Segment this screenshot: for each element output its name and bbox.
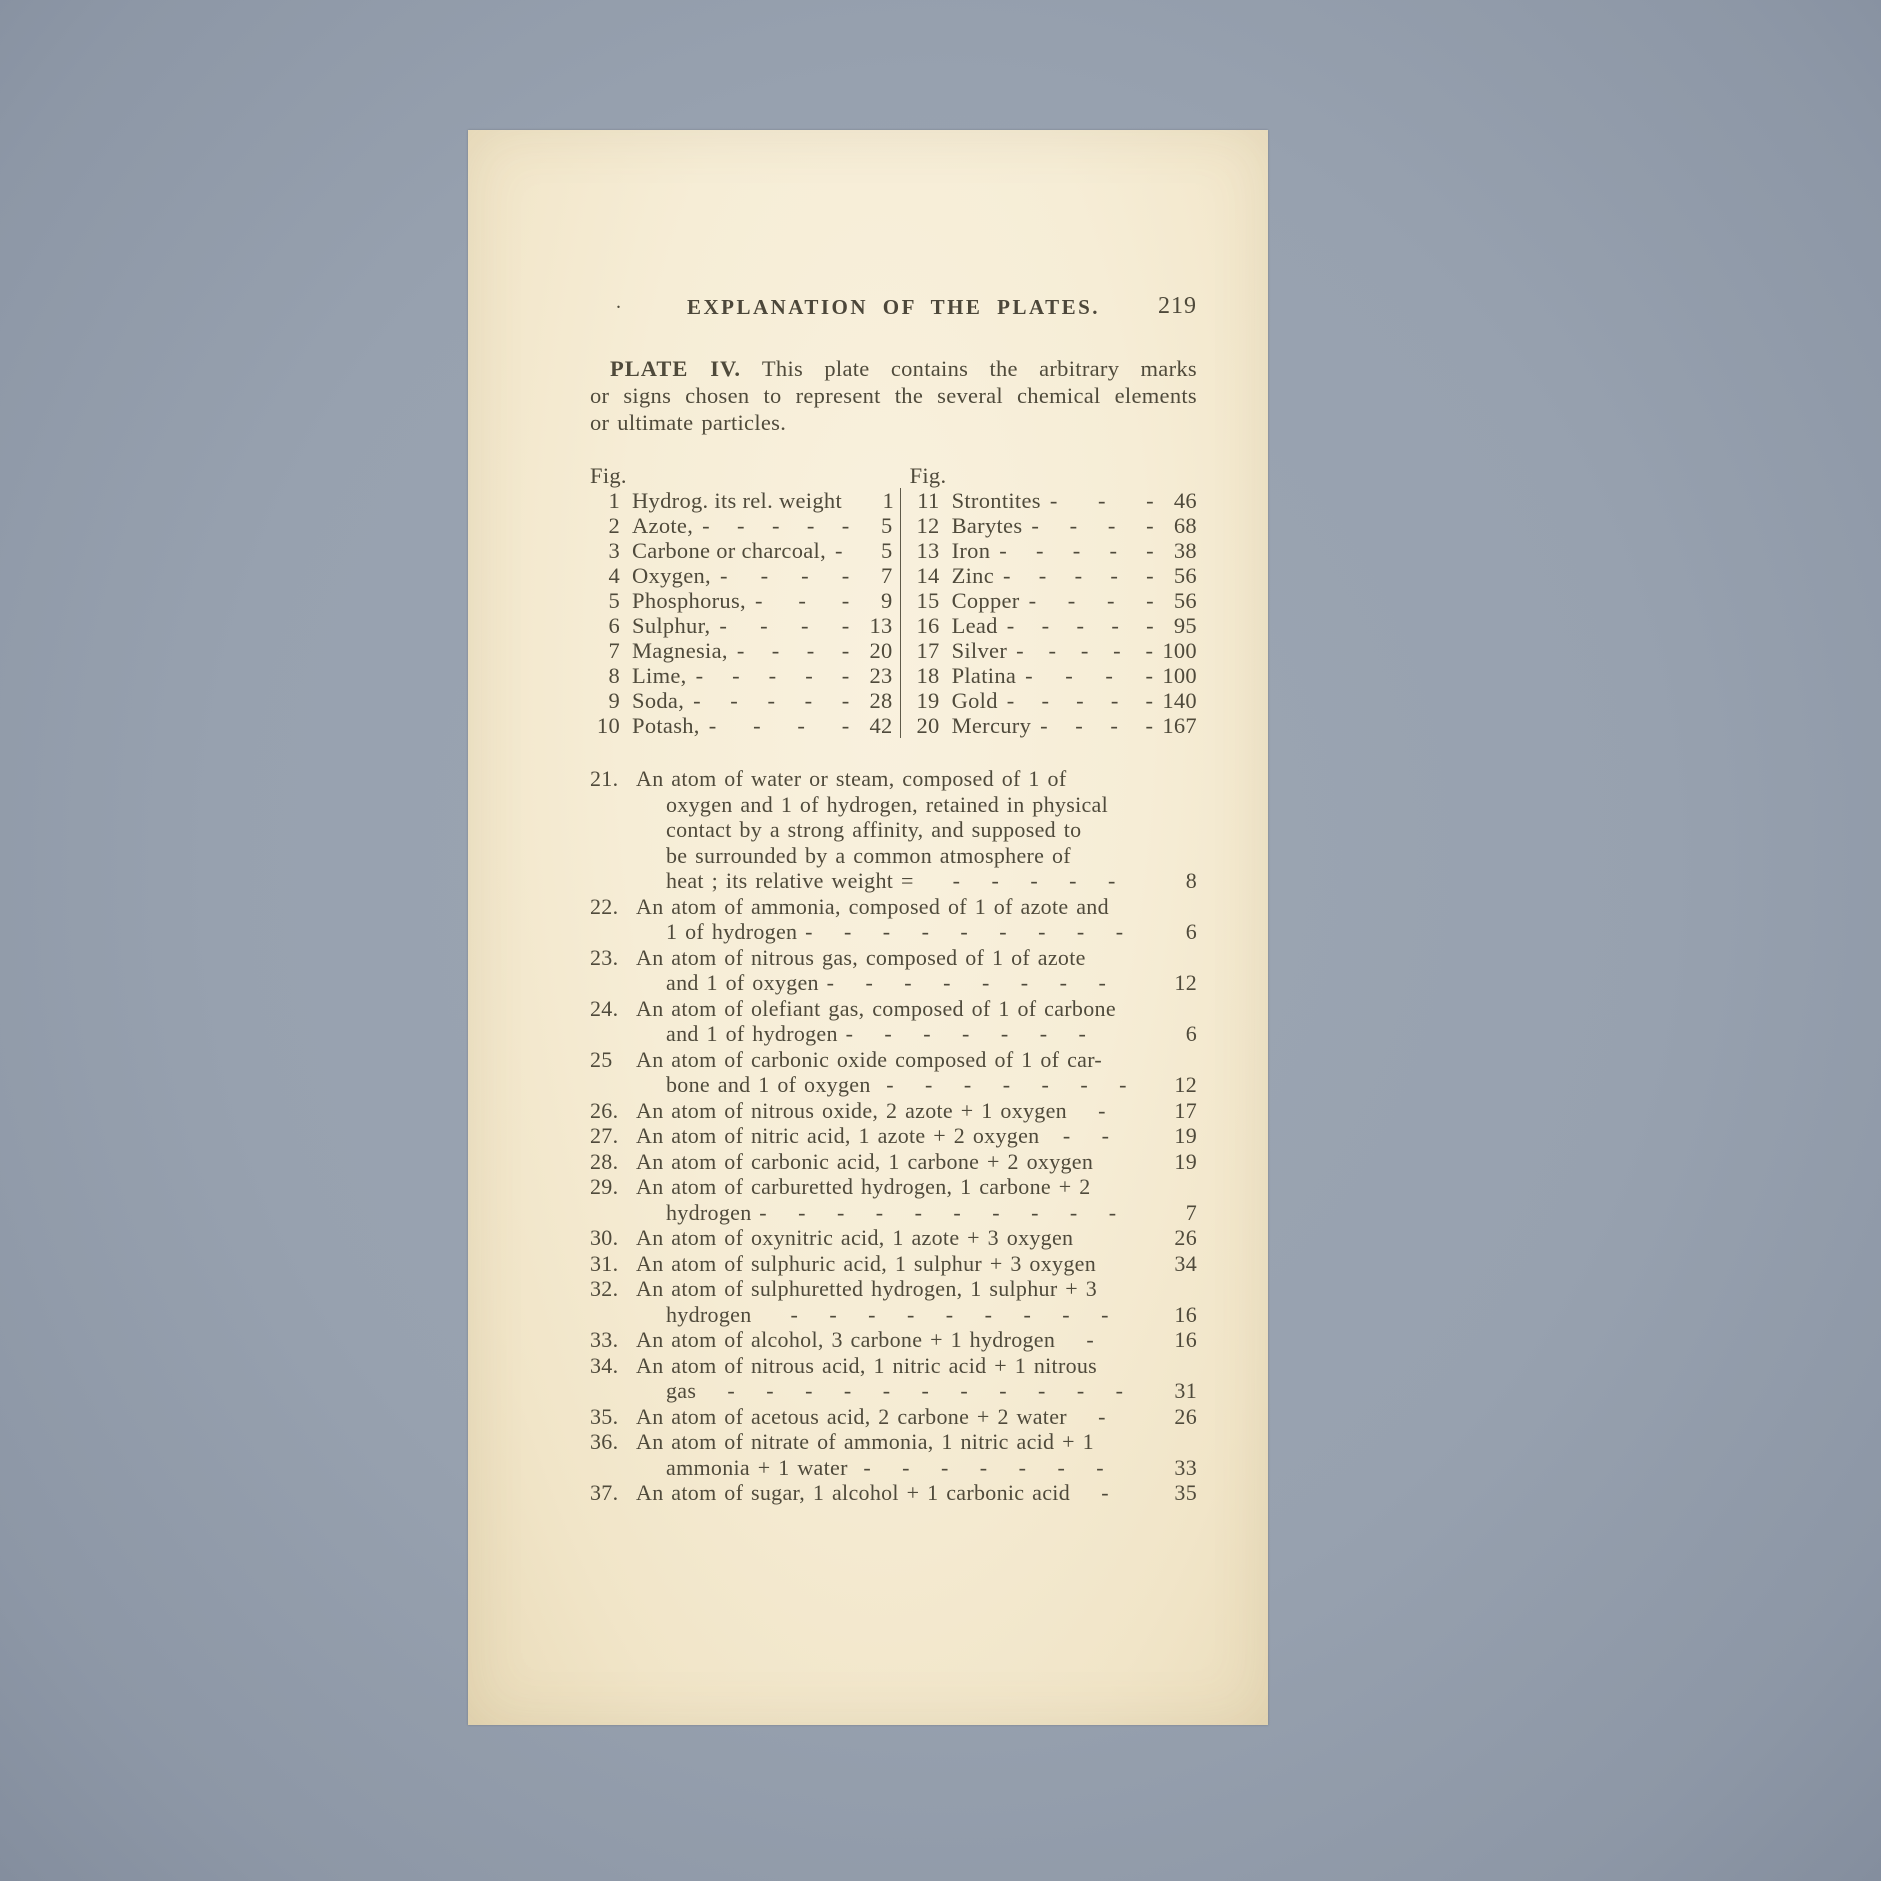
fig-label: Oxygen, [632, 563, 711, 588]
item-value: 6 [1153, 919, 1197, 945]
fig-number: 17 [910, 638, 940, 663]
list-item: 24. An atom of olefiant gas, composed of… [590, 996, 1197, 1047]
item-line: An atom of oxynitric acid, 1 azote + 3 o… [636, 1225, 1153, 1251]
item-text: An atom of nitric acid, 1 azote + 2 oxyg… [636, 1123, 1153, 1149]
item-text: An atom of acetous acid, 2 carbone + 2 w… [636, 1404, 1153, 1430]
fig-value: 28 [859, 688, 893, 713]
table-row: 11Strontites- - -46 [910, 488, 1197, 513]
fig-value: 20 [859, 638, 893, 663]
table-row: 7Magnesia,- - - -20 [590, 638, 893, 663]
item-line: gas - - - - - - - - - - - [636, 1378, 1153, 1404]
fig-value: 46 [1163, 488, 1197, 513]
dash-leader: - - - - - [1007, 613, 1154, 638]
item-value: 8 [1153, 868, 1197, 894]
item-line: An atom of nitrate of ammonia, 1 nitric … [636, 1429, 1153, 1455]
fig-value: 38 [1163, 538, 1197, 563]
table-row: 8Lime,- - - - -23 [590, 663, 893, 688]
fig-number: 11 [910, 488, 940, 513]
fig-label: Lead [952, 613, 998, 638]
fig-label: Copper [952, 588, 1020, 613]
fig-number: 3 [590, 538, 620, 563]
item-line: An atom of carbonic acid, 1 carbone + 2 … [636, 1149, 1153, 1175]
item-line: hydrogen - - - - - - - - - - [636, 1200, 1153, 1226]
table-row: 5Phosphorus,- - -9 [590, 588, 893, 613]
item-value: 31 [1153, 1378, 1197, 1404]
item-number: 37. [590, 1480, 636, 1506]
fig-number: 9 [590, 688, 620, 713]
item-text: An atom of carbonic acid, 1 carbone + 2 … [636, 1149, 1153, 1175]
dash-leader: - - - - - [693, 688, 849, 713]
item-text: An atom of carburetted hydrogen, 1 carbo… [636, 1174, 1153, 1225]
table-row: 1Hydrog. its rel. weight1 [590, 488, 893, 513]
table-row: 13Iron- - - - -38 [910, 538, 1197, 563]
table-row: 9Soda,- - - - -28 [590, 688, 893, 713]
list-item: 28. An atom of carbonic acid, 1 carbone … [590, 1149, 1197, 1175]
fig-value: 9 [859, 588, 893, 613]
dash-leader: - - - - [720, 563, 850, 588]
table-row: 15Copper- - - -56 [910, 588, 1197, 613]
item-number: 30. [590, 1225, 636, 1251]
item-line: An atom of olefiant gas, composed of 1 o… [636, 996, 1153, 1022]
fig-number: 13 [910, 538, 940, 563]
item-line: An atom of acetous acid, 2 carbone + 2 w… [636, 1404, 1153, 1430]
list-item: 34. An atom of nitrous acid, 1 nitric ac… [590, 1353, 1197, 1404]
fig-label: Zinc [952, 563, 994, 588]
dash-leader: - - - - [719, 613, 849, 638]
intro-line: or ultimate particles. [590, 409, 1197, 436]
item-number: 22. [590, 894, 636, 920]
item-text: An atom of nitrous oxide, 2 azote + 1 ox… [636, 1098, 1153, 1124]
fig-number: 1 [590, 488, 620, 513]
item-text: An atom of water or steam, composed of 1… [636, 766, 1153, 894]
table-row: 14Zinc- - - - -56 [910, 563, 1197, 588]
item-text: An atom of alcohol, 3 carbone + 1 hydrog… [636, 1327, 1153, 1353]
intro-line: PLATE IV. This plate contains the arbitr… [590, 355, 1197, 382]
item-number: 23. [590, 945, 636, 971]
table-row: 4Oxygen,- - - -7 [590, 563, 893, 588]
item-line: An atom of nitric acid, 1 azote + 2 oxyg… [636, 1123, 1153, 1149]
fig-number: 4 [590, 563, 620, 588]
fig-number: 19 [910, 688, 940, 713]
fig-value: 167 [1162, 713, 1197, 738]
item-text: An atom of nitrous acid, 1 nitric acid +… [636, 1353, 1153, 1404]
dash-leader: - - - - [1025, 663, 1153, 688]
fig-header-right: Fig. [900, 463, 1197, 488]
fig-table-right-column: 11Strontites- - -46 12Barytes- - - -68 1… [900, 488, 1197, 738]
dash-leader: - - - - - [696, 663, 850, 688]
item-value: 16 [1153, 1327, 1197, 1353]
item-line: be surrounded by a common atmosphere of [636, 843, 1153, 869]
item-number: 26. [590, 1098, 636, 1124]
item-line: heat ; its relative weight = - - - - - [636, 868, 1153, 894]
fig-value: 13 [859, 613, 893, 638]
fig-label: Platina [952, 663, 1017, 688]
list-item: 36. An atom of nitrate of ammonia, 1 nit… [590, 1429, 1197, 1480]
fig-number: 18 [910, 663, 940, 688]
item-line: An atom of water or steam, composed of 1… [636, 766, 1153, 792]
fig-label: Azote, [632, 513, 693, 538]
book-page: . EXPLANATION OF THE PLATES. 219 PLATE I… [468, 130, 1268, 1725]
item-line: oxygen and 1 of hydrogen, retained in ph… [636, 792, 1153, 818]
fig-value: 1 [860, 488, 894, 513]
item-number: 21. [590, 766, 636, 792]
item-line: An atom of ammonia, composed of 1 of azo… [636, 894, 1153, 920]
item-number: 36. [590, 1429, 636, 1455]
list-item: 35. An atom of acetous acid, 2 carbone +… [590, 1404, 1197, 1430]
list-item: 31. An atom of sulphuric acid, 1 sulphur… [590, 1251, 1197, 1277]
item-line: An atom of sugar, 1 alcohol + 1 carbonic… [636, 1480, 1153, 1506]
table-row: 17Silver- - - - -100 [910, 638, 1197, 663]
fig-label: Barytes [952, 513, 1023, 538]
fig-value: 23 [859, 663, 893, 688]
item-number: 35. [590, 1404, 636, 1430]
dash-leader: - - - - [737, 638, 850, 663]
item-line: and 1 of oxygen - - - - - - - - [636, 970, 1153, 996]
item-value: 26 [1153, 1225, 1197, 1251]
fig-value: 100 [1162, 663, 1197, 688]
fig-label: Sulphur, [632, 613, 710, 638]
table-row: 10Potash,- - - -42 [590, 713, 893, 738]
table-row: 6Sulphur,- - - -13 [590, 613, 893, 638]
fig-label: Potash, [632, 713, 700, 738]
fig-number: 6 [590, 613, 620, 638]
item-line: 1 of hydrogen - - - - - - - - - [636, 919, 1153, 945]
item-number: 34. [590, 1353, 636, 1379]
fig-value: 56 [1163, 588, 1197, 613]
item-line: An atom of nitrous acid, 1 nitric acid +… [636, 1353, 1153, 1379]
intro-line: or signs chosen to represent the several… [590, 382, 1197, 409]
item-line: An atom of nitrous gas, composed of 1 of… [636, 945, 1153, 971]
item-number: 31. [590, 1251, 636, 1277]
fig-label: Mercury [952, 713, 1032, 738]
fig-value: 5 [859, 538, 893, 563]
dash-leader: - - - - [1031, 513, 1154, 538]
list-item: 33. An atom of alcohol, 3 carbone + 1 hy… [590, 1327, 1197, 1353]
item-line: bone and 1 of oxygen - - - - - - - [636, 1072, 1153, 1098]
fig-number: 15 [910, 588, 940, 613]
item-text: An atom of sulphuretted hydrogen, 1 sulp… [636, 1276, 1153, 1327]
fig-number: 5 [590, 588, 620, 613]
fig-value: 5 [859, 513, 893, 538]
dash-leader: - - - - - [1016, 638, 1153, 663]
fig-value: 140 [1162, 688, 1197, 713]
fig-table: 1Hydrog. its rel. weight1 2Azote,- - - -… [590, 488, 1197, 738]
dash-leader: - - - - [709, 713, 850, 738]
item-value: 34 [1153, 1251, 1197, 1277]
fig-number: 20 [910, 713, 940, 738]
fig-header-left: Fig. [590, 463, 900, 488]
table-row: 12Barytes- - - -68 [910, 513, 1197, 538]
table-row: 18Platina- - - -100 [910, 663, 1197, 688]
screenshot-root: { "page": { "header_dot": ".", "header_t… [0, 0, 1881, 1881]
fig-label: Hydrog. its rel. weight [632, 488, 842, 513]
intro-paragraph: PLATE IV. This plate contains the arbitr… [590, 355, 1197, 436]
item-value: 6 [1153, 1021, 1197, 1047]
item-line: An atom of carburetted hydrogen, 1 carbo… [636, 1174, 1153, 1200]
list-item: 29. An atom of carburetted hydrogen, 1 c… [590, 1174, 1197, 1225]
item-line: An atom of sulphuretted hydrogen, 1 sulp… [636, 1276, 1153, 1302]
item-line: An atom of carbonic oxide composed of 1 … [636, 1047, 1153, 1073]
fig-value: 42 [859, 713, 893, 738]
item-number: 33. [590, 1327, 636, 1353]
item-number: 25 [590, 1047, 636, 1073]
fig-number: 8 [590, 663, 620, 688]
fig-label: Phosphorus, [632, 588, 746, 613]
item-value: 19 [1153, 1123, 1197, 1149]
fig-number: 12 [910, 513, 940, 538]
fig-number: 16 [910, 613, 940, 638]
table-row: 19Gold- - - - -140 [910, 688, 1197, 713]
dash-leader: - - - [755, 588, 850, 613]
item-value: 33 [1153, 1455, 1197, 1481]
item-number: 27. [590, 1123, 636, 1149]
item-value: 12 [1153, 1072, 1197, 1098]
fig-label: Iron [952, 538, 991, 563]
dash-leader: - - - - [1029, 588, 1154, 613]
fig-value: 100 [1162, 638, 1197, 663]
table-row: 2Azote,- - - - -5 [590, 513, 893, 538]
page-header: . EXPLANATION OF THE PLATES. 219 [590, 295, 1197, 329]
item-line: An atom of nitrous oxide, 2 azote + 1 ox… [636, 1098, 1153, 1124]
item-value: 26 [1153, 1404, 1197, 1430]
item-text: An atom of nitrate of ammonia, 1 nitric … [636, 1429, 1153, 1480]
list-item: 22. An atom of ammonia, composed of 1 of… [590, 894, 1197, 945]
fig-label: Lime, [632, 663, 687, 688]
intro-line-rest: This plate contains the arbitrary marks [741, 356, 1197, 381]
fig-number: 2 [590, 513, 620, 538]
fig-value: 7 [859, 563, 893, 588]
fig-number: 10 [590, 713, 620, 738]
item-line: and 1 of hydrogen - - - - - - - [636, 1021, 1153, 1047]
list-item: 30. An atom of oxynitric acid, 1 azote +… [590, 1225, 1197, 1251]
page-content: . EXPLANATION OF THE PLATES. 219 PLATE I… [590, 295, 1197, 1506]
margin-dot: . [616, 291, 621, 314]
item-number: 29. [590, 1174, 636, 1200]
table-row: 3Carbone or charcoal,-5 [590, 538, 893, 563]
item-line: hydrogen - - - - - - - - - [636, 1302, 1153, 1328]
item-number: 32. [590, 1276, 636, 1302]
list-item: 23. An atom of nitrous gas, composed of … [590, 945, 1197, 996]
list-item: 26. An atom of nitrous oxide, 2 azote + … [590, 1098, 1197, 1124]
item-text: An atom of olefiant gas, composed of 1 o… [636, 996, 1153, 1047]
compound-list: 21. An atom of water or steam, composed … [590, 766, 1197, 1506]
fig-number: 14 [910, 563, 940, 588]
item-text: An atom of carbonic oxide composed of 1 … [636, 1047, 1153, 1098]
item-value: 7 [1153, 1200, 1197, 1226]
item-text: An atom of nitrous gas, composed of 1 of… [636, 945, 1153, 996]
item-text: An atom of oxynitric acid, 1 azote + 3 o… [636, 1225, 1153, 1251]
fig-value: 95 [1163, 613, 1197, 638]
list-item: 25 An atom of carbonic oxide composed of… [590, 1047, 1197, 1098]
table-row: 16Lead- - - - -95 [910, 613, 1197, 638]
item-line: An atom of sulphuric acid, 1 sulphur + 3… [636, 1251, 1153, 1277]
dash-leader: - - - - [1040, 713, 1153, 738]
fig-label: Magnesia, [632, 638, 728, 663]
dash-leader: - - - - - [1003, 563, 1154, 588]
fig-label: Silver [952, 638, 1008, 663]
fig-label: Gold [952, 688, 998, 713]
item-text: An atom of ammonia, composed of 1 of azo… [636, 894, 1153, 945]
item-line: contact by a strong affinity, and suppos… [636, 817, 1153, 843]
item-line: ammonia + 1 water - - - - - - - [636, 1455, 1153, 1481]
fig-label: Soda, [632, 688, 684, 713]
list-item: 27. An atom of nitric acid, 1 azote + 2 … [590, 1123, 1197, 1149]
item-value: 19 [1153, 1149, 1197, 1175]
item-text: An atom of sulphuric acid, 1 sulphur + 3… [636, 1251, 1153, 1277]
item-text: An atom of sugar, 1 alcohol + 1 carbonic… [636, 1480, 1153, 1506]
dash-leader: - - - - - [1007, 688, 1154, 713]
fig-label: Carbone or charcoal, [632, 538, 826, 563]
page-number: 219 [1158, 293, 1197, 320]
item-number: 24. [590, 996, 636, 1022]
item-number: 28. [590, 1149, 636, 1175]
item-value: 35 [1153, 1480, 1197, 1506]
fig-value: 68 [1163, 513, 1197, 538]
fig-value: 56 [1163, 563, 1197, 588]
item-value: 12 [1153, 970, 1197, 996]
dash-leader: - - - [1050, 488, 1154, 513]
fig-number: 7 [590, 638, 620, 663]
list-item: 37. An atom of sugar, 1 alcohol + 1 carb… [590, 1480, 1197, 1506]
dash-leader: - - - - - [702, 513, 849, 538]
item-value: 16 [1153, 1302, 1197, 1328]
table-row: 20Mercury- - - -167 [910, 713, 1197, 738]
list-item: 21. An atom of water or steam, composed … [590, 766, 1197, 894]
item-line: An atom of alcohol, 3 carbone + 1 hydrog… [636, 1327, 1153, 1353]
dash-leader: - [835, 538, 850, 563]
fig-table-left-column: 1Hydrog. its rel. weight1 2Azote,- - - -… [590, 488, 900, 738]
plate-label: PLATE IV. [610, 356, 741, 381]
item-value: 17 [1153, 1098, 1197, 1124]
dash-leader: - - - - - [999, 538, 1154, 563]
fig-label: Strontites [952, 488, 1041, 513]
running-title: EXPLANATION OF THE PLATES. [590, 295, 1197, 320]
fig-table-headers: Fig. Fig. [590, 463, 1197, 488]
list-item: 32. An atom of sulphuretted hydrogen, 1 … [590, 1276, 1197, 1327]
